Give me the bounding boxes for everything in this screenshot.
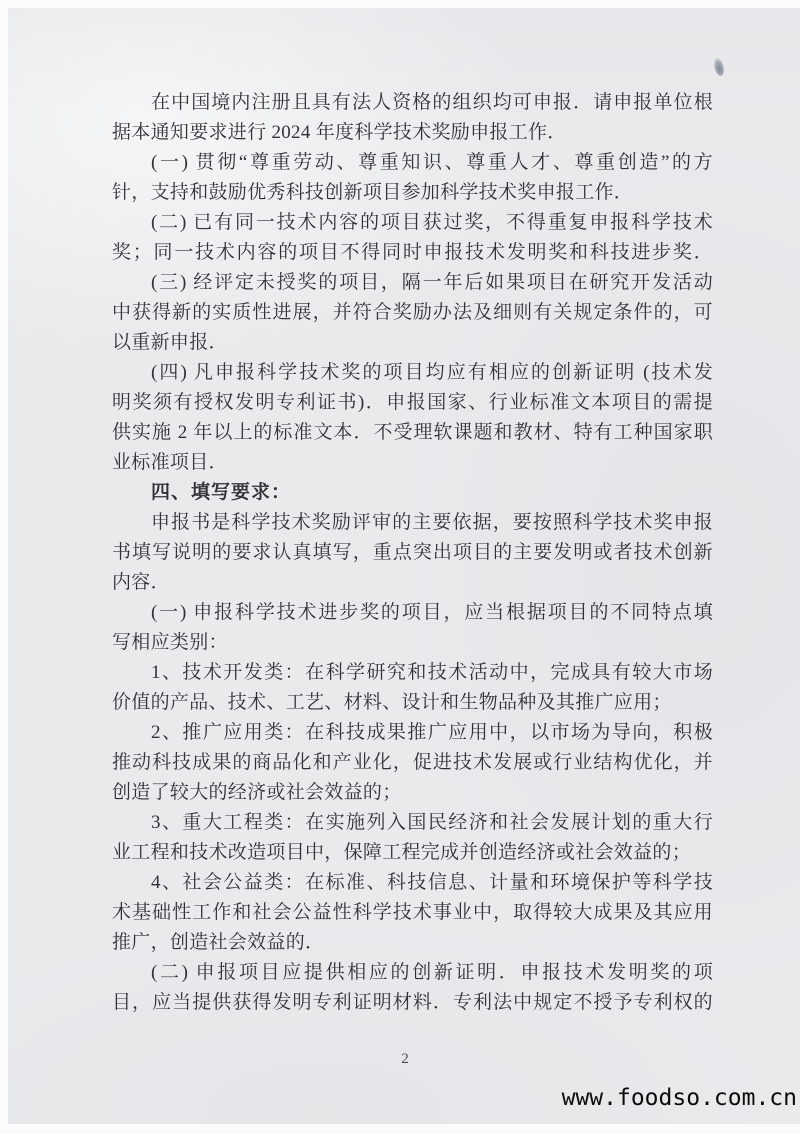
text-line: 奖；同一技术内容的项目不得同时申报技术发明奖和科技进步奖． — [112, 238, 713, 268]
text-line: (二) 已有同一技术内容的项目获过奖，不得重复申报科学技术 — [112, 208, 713, 238]
text-line: 2、推广应用类：在科技成果推广应用中，以市场为导向，积极 — [112, 718, 713, 748]
scanned-page: 在中国境内注册且具有法人资格的组织均可申报．请申报单位根据本通知要求进行 202… — [8, 8, 800, 1124]
text-line: (一) 申报科学技术进步奖的项目，应当根据项目的不同特点填 — [112, 598, 713, 628]
ink-smudge — [712, 57, 726, 77]
text-line: 四、填写要求： — [112, 478, 713, 508]
text-line: 申报书是科学技术奖励评审的主要依据，要按照科学技术奖申报 — [112, 508, 713, 538]
text-line: 业工程和技术改造项目中，保障工程完成并创造经济或社会效益的； — [112, 838, 713, 868]
text-line: 价值的产品、技术、工艺、材料、设计和生物品种及其推广应用； — [112, 688, 713, 718]
text-line: (一) 贯彻“尊重劳动、尊重知识、尊重人才、尊重创造”的方 — [112, 148, 713, 178]
text-line: 目，应当提供获得发明专利证明材料．专利法中规定不授予专利权的 — [112, 988, 713, 1018]
text-line: 书填写说明的要求认真填写，重点突出项目的主要发明或者技术创新 — [112, 538, 713, 568]
text-line: 推动科技成果的商品化和产业化，促进技术发展或行业结构优化，并 — [112, 748, 713, 778]
text-line: 创造了较大的经济或社会效益的； — [112, 778, 713, 808]
text-line: (四) 凡申报科学技术奖的项目均应有相应的创新证明 (技术发 — [112, 358, 713, 388]
text-line: (二) 申报项目应提供相应的创新证明．申报技术发明奖的项 — [112, 958, 713, 988]
text-line: 据本通知要求进行 2024 年度科学技术奖励申报工作． — [112, 118, 713, 148]
text-line: 明奖须有授权发明专利证书)．申报国家、行业标准文本项目的需提 — [112, 388, 713, 418]
text-line: 中获得新的实质性进展，并符合奖励办法及细则有关规定条件的，可 — [112, 298, 713, 328]
text-line: 推广，创造社会效益的． — [112, 928, 713, 958]
document-body: 在中国境内注册且具有法人资格的组织均可申报．请申报单位根据本通知要求进行 202… — [112, 88, 713, 1018]
text-line: 术基础性工作和社会公益性科学技术事业中，取得较大成果及其应用 — [112, 898, 713, 928]
text-line: 以重新申报． — [112, 328, 713, 358]
text-line: 1、技术开发类：在科学研究和技术活动中，完成具有较大市场 — [112, 658, 713, 688]
text-line: 业标准项目． — [112, 448, 713, 478]
text-line: 供实施 2 年以上的标准文本．不受理软课题和教材、特有工种国家职 — [112, 418, 713, 448]
watermark: www.foodso.com.cn — [562, 1084, 797, 1112]
text-line: 写相应类别： — [112, 628, 713, 658]
text-line: 在中国境内注册且具有法人资格的组织均可申报．请申报单位根 — [112, 88, 713, 118]
page-number: 2 — [385, 1049, 425, 1069]
text-line: 3、重大工程类：在实施列入国民经济和社会发展计划的重大行 — [112, 808, 713, 838]
text-line: 内容． — [112, 568, 713, 598]
text-line: (三) 经评定未授奖的项目，隔一年后如果项目在研究开发活动 — [112, 268, 713, 298]
text-line: 4、社会公益类：在标准、科技信息、计量和环境保护等科学技 — [112, 868, 713, 898]
text-line: 针，支持和鼓励优秀科技创新项目参加科学技术奖申报工作． — [112, 178, 713, 208]
